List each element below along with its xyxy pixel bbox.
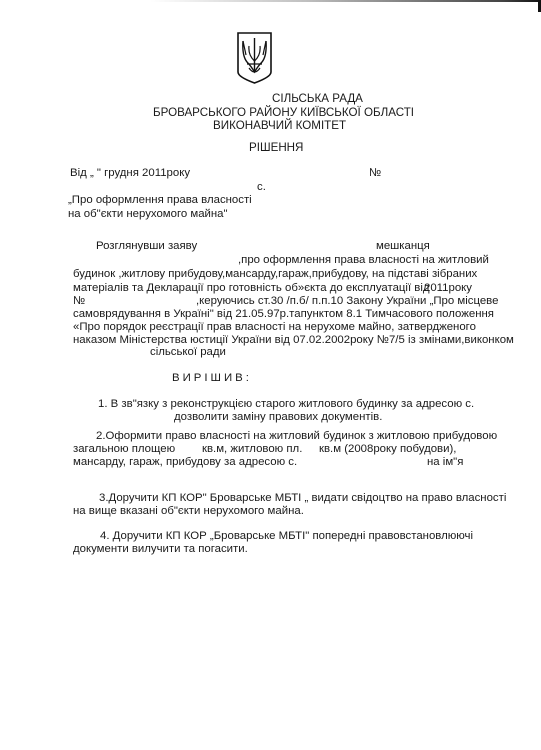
item-line: 3.Доручити КП КОР" Броварське МБТІ „ вид…	[99, 492, 506, 505]
preamble-line: ,про оформлення права власності на житло…	[238, 254, 489, 267]
scan-edge-top	[150, 0, 541, 2]
preamble-line: №	[73, 295, 85, 308]
decided-heading: ВИРІШИВ:	[172, 372, 252, 385]
preamble-line: матеріалів та Декларації про готовність …	[73, 282, 430, 295]
decision-number-label: №	[369, 167, 381, 180]
item-line: на ім"я	[427, 456, 463, 469]
preamble-line: Розглянувши заяву	[96, 240, 197, 253]
item-line: загальною площею	[73, 443, 175, 456]
subject-line-2: на об"єкти нерухомого майна"	[68, 208, 228, 221]
preamble-line: «Про порядок реєстрації прав власності н…	[73, 321, 476, 334]
preamble-line: 2011року	[424, 282, 472, 295]
item-line: 2.Оформити право власності на житловий б…	[96, 430, 497, 443]
item-line: на вище вказані об"єкти нерухомого майна…	[73, 505, 304, 518]
item-line: 4. Доручити КП КОР „Броварське МБТІ" поп…	[100, 530, 473, 543]
item-line: дозволити заміну правових документів.	[174, 411, 382, 424]
item-line: кв.м, житловою пл.	[202, 443, 302, 456]
preamble-line: будинок ,житлову прибудову,мансарду,гара…	[73, 268, 477, 281]
item-line: мансарду, гараж, прибудову за адресою с.	[73, 456, 297, 469]
village-label: с.	[257, 181, 266, 194]
item-line: кв.м (2008року побудови),	[319, 443, 456, 456]
preamble-line: мешканця	[376, 240, 430, 253]
preamble-line: сільської ради	[150, 346, 226, 359]
preamble-line: самоврядування в Україні" від 21.05.97р.…	[73, 308, 494, 321]
document-type: РІШЕННЯ	[249, 141, 303, 154]
preamble-line: ,керуючись ст.30 /п.б/ п.п.10 Закону Укр…	[196, 295, 498, 308]
council-name: СІЛЬСЬКА РАДА	[272, 92, 363, 105]
preamble-line: наказом Міністерства юстиції України від…	[73, 334, 514, 347]
subject-line-1: „Про оформлення права власності	[68, 194, 252, 207]
item-line: документи вилучити та погасити.	[73, 543, 248, 556]
item-line: 1. В зв"язку з реконструкцією старого жи…	[98, 398, 474, 411]
district-name: БРОВАРСЬКОГО РАЙОНУ КИЇВСЬКОЇ ОБЛАСТІ	[153, 106, 414, 119]
coat-of-arms-icon	[237, 32, 272, 84]
decision-date: Від „ " грудня 2011року	[70, 167, 190, 180]
committee-name: ВИКОНАВЧИЙ КОМІТЕТ	[213, 119, 346, 132]
